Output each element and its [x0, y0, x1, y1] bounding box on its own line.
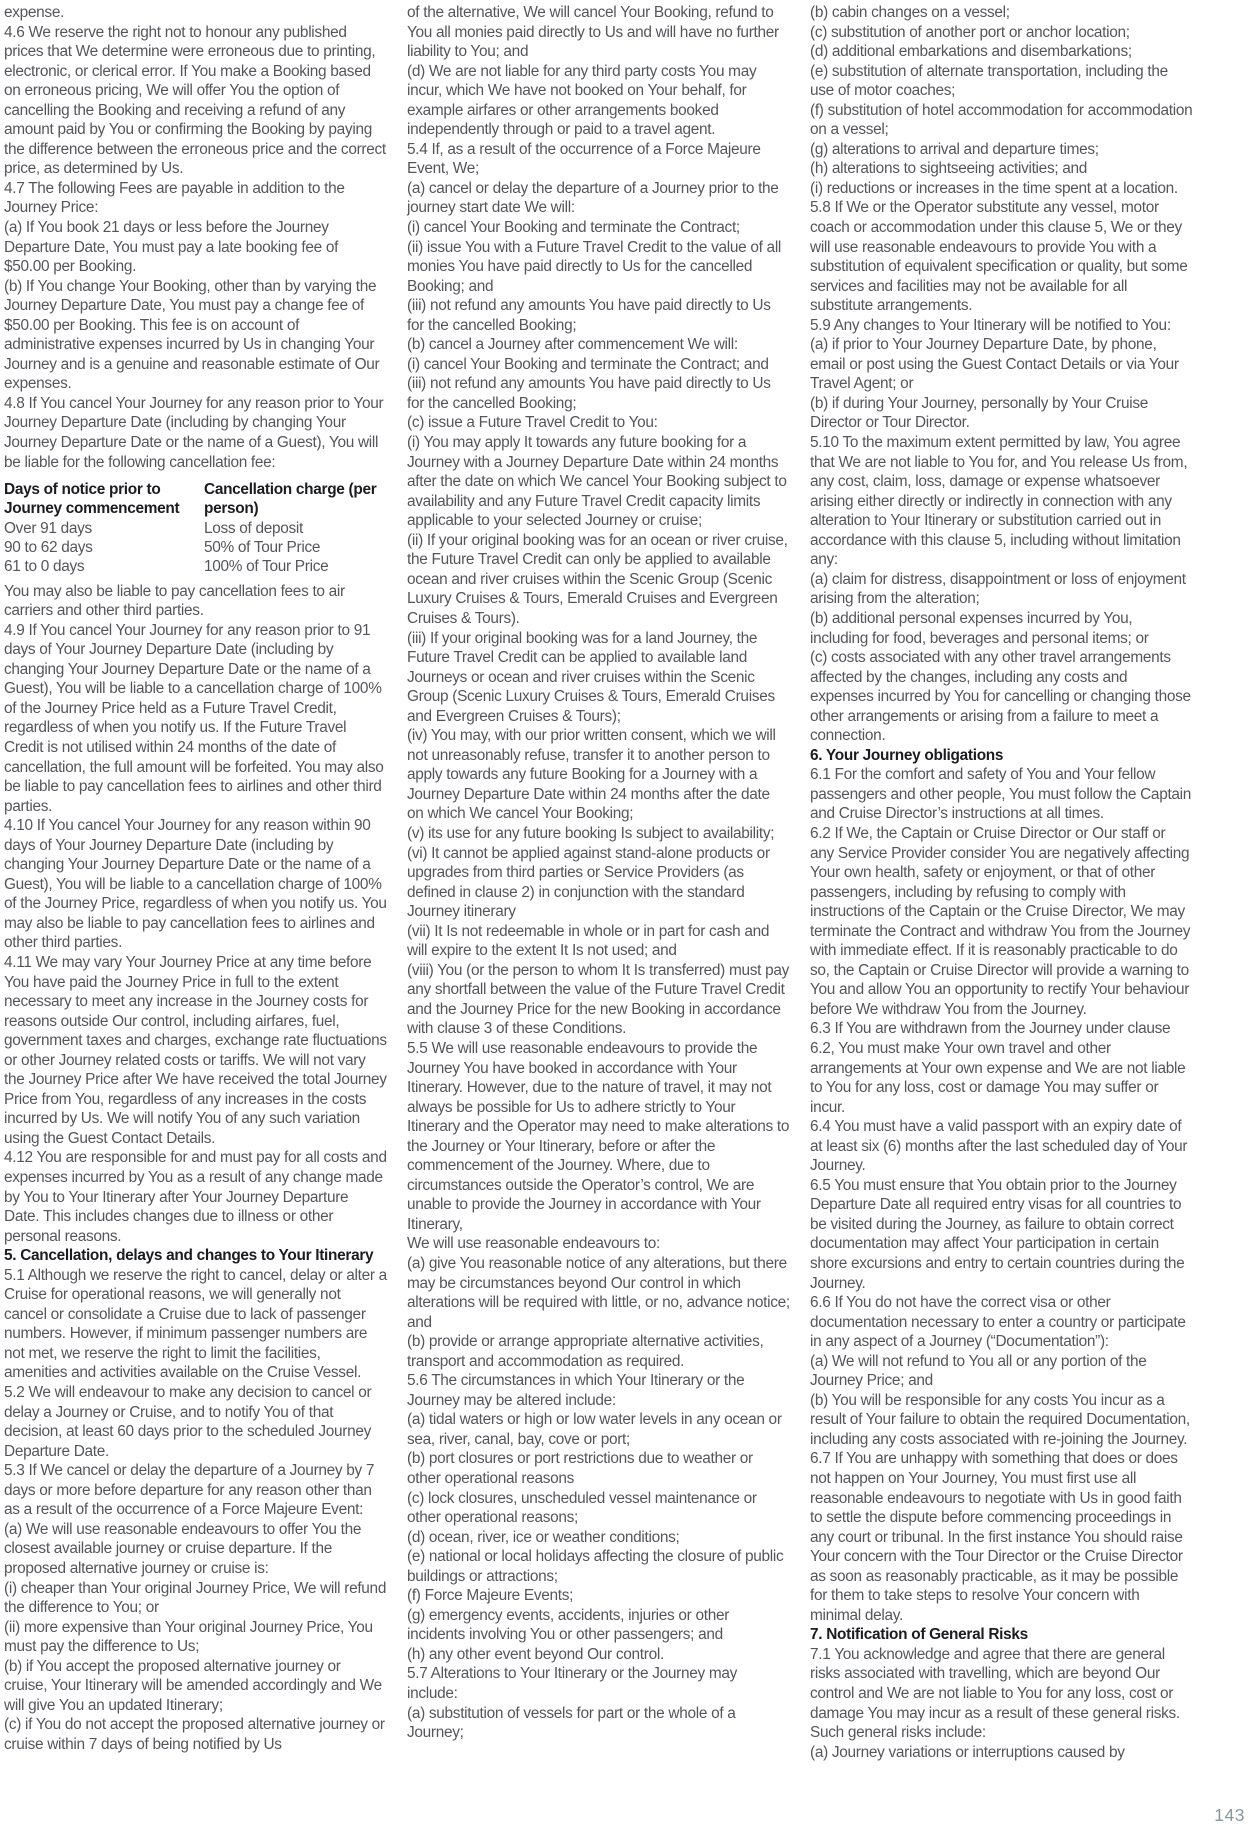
paragraph: (f) substitution of hotel accommodation … — [810, 101, 1193, 140]
table-cell: 61 to 0 days — [4, 557, 204, 576]
paragraph: (b) additional personal expenses incurre… — [810, 609, 1193, 648]
paragraph: (a) We will not refund to You all or any… — [810, 1352, 1193, 1391]
paragraph: (c) issue a Future Travel Credit to You: — [407, 413, 790, 433]
paragraph: 5.5 We will use reasonable endeavours to… — [407, 1039, 790, 1234]
paragraph: (b) provide or arrange appropriate alter… — [407, 1332, 790, 1371]
paragraph: (a) tidal waters or high or low water le… — [407, 1410, 790, 1449]
paragraph: (i) cancel Your Booking and terminate th… — [407, 355, 790, 375]
paragraph: 5.10 To the maximum extent permitted by … — [810, 433, 1193, 570]
paragraph: (c) lock closures, unscheduled vessel ma… — [407, 1489, 790, 1528]
paragraph: (a) claim for distress, disappointment o… — [810, 570, 1193, 609]
table-row: 90 to 62 days50% of Tour Price — [4, 538, 387, 557]
paragraph: (b) if during Your Journey, personally b… — [810, 394, 1193, 433]
paragraph: (a) give You reasonable notice of any al… — [407, 1254, 790, 1332]
paragraph: 4.9 If You cancel Your Journey for any r… — [4, 621, 387, 816]
paragraph: 5.4 If, as a result of the occurrence of… — [407, 140, 790, 179]
paragraph: (g) emergency events, accidents, injurie… — [407, 1606, 790, 1645]
paragraph: (e) substitution of alternate transporta… — [810, 62, 1193, 101]
paragraph: 4.7 The following Fees are payable in ad… — [4, 179, 387, 218]
table-header-cell: Cancellation charge (per person) — [204, 480, 387, 519]
paragraph: 5.8 If We or the Operator substitute any… — [810, 198, 1193, 315]
table-cell: 90 to 62 days — [4, 538, 204, 557]
paragraph: (a) If You book 21 days or less before t… — [4, 218, 387, 277]
table-cell: Over 91 days — [4, 519, 204, 538]
paragraph: (b) cancel a Journey after commencement … — [407, 335, 790, 355]
paragraph: (f) Force Majeure Events; — [407, 1586, 790, 1606]
paragraph: (e) national or local holidays affecting… — [407, 1547, 790, 1586]
column-2: of the alternative, We will cancel Your … — [407, 3, 790, 1743]
paragraph: (vi) It cannot be applied against stand-… — [407, 844, 790, 922]
paragraph: (g) alterations to arrival and departure… — [810, 140, 1193, 160]
paragraph: (a) if prior to Your Journey Departure D… — [810, 335, 1193, 394]
paragraph: (i) cheaper than Your original Journey P… — [4, 1579, 387, 1618]
table-cell: 100% of Tour Price — [204, 557, 387, 576]
paragraph: 6.7 If You are unhappy with something th… — [810, 1449, 1193, 1625]
paragraph: (b) port closures or port restrictions d… — [407, 1449, 790, 1488]
paragraph: (iii) not refund any amounts You have pa… — [407, 296, 790, 335]
paragraph: (i) reductions or increases in the time … — [810, 179, 1193, 199]
table-header-row: Days of notice prior to Journey commence… — [4, 480, 387, 519]
paragraph: (iii) not refund any amounts You have pa… — [407, 374, 790, 413]
table-cell: 50% of Tour Price — [204, 538, 387, 557]
paragraph: (viii) You (or the person to whom It Is … — [407, 961, 790, 1039]
paragraph: (ii) more expensive than Your original J… — [4, 1618, 387, 1657]
paragraph: (c) substitution of another port or anch… — [810, 23, 1193, 43]
column-3: (b) cabin changes on a vessel;(c) substi… — [810, 3, 1193, 1762]
paragraph: 6.3 If You are withdrawn from the Journe… — [810, 1019, 1193, 1117]
paragraph: 4.10 If You cancel Your Journey for any … — [4, 816, 387, 953]
paragraph: 6.4 You must have a valid passport with … — [810, 1117, 1193, 1176]
paragraph: 5.7 Alterations to Your Itinerary or the… — [407, 1664, 790, 1703]
paragraph: (c) costs associated with any other trav… — [810, 648, 1193, 746]
paragraph: 4.8 If You cancel Your Journey for any r… — [4, 394, 387, 472]
paragraph: (ii) If your original booking was for an… — [407, 531, 790, 629]
paragraph: (b) cabin changes on a vessel; — [810, 3, 1193, 23]
paragraph: 4.12 You are responsible for and must pa… — [4, 1148, 387, 1246]
paragraph: (a) We will use reasonable endeavours to… — [4, 1520, 387, 1579]
paragraph: 6.5 You must ensure that You obtain prio… — [810, 1176, 1193, 1293]
paragraph: We will use reasonable endeavours to: — [407, 1234, 790, 1254]
column-1: expense.4.6 We reserve the right not to … — [4, 3, 387, 1754]
table-header-cell: Days of notice prior to Journey commence… — [4, 480, 204, 519]
paragraph: (h) alterations to sightseeing activitie… — [810, 159, 1193, 179]
paragraph: 4.6 We reserve the right not to honour a… — [4, 23, 387, 179]
paragraph: 5.3 If We cancel or delay the departure … — [4, 1461, 387, 1520]
paragraph: (c) if You do not accept the proposed al… — [4, 1715, 387, 1754]
paragraph: (a) Journey variations or interruptions … — [810, 1743, 1193, 1763]
paragraph: You may also be liable to pay cancellati… — [4, 582, 387, 621]
paragraph: (v) its use for any future booking Is su… — [407, 824, 790, 844]
paragraph: (b) If You change Your Booking, other th… — [4, 277, 387, 394]
paragraph: (ii) issue You with a Future Travel Cred… — [407, 238, 790, 297]
paragraph: (vii) It Is not redeemable in whole or i… — [407, 922, 790, 961]
paragraph: (a) substitution of vessels for part or … — [407, 1704, 790, 1743]
paragraph: 4.11 We may vary Your Journey Price at a… — [4, 953, 387, 1148]
paragraph: 5.6 The circumstances in which Your Itin… — [407, 1371, 790, 1410]
table-row: Over 91 daysLoss of deposit — [4, 519, 387, 538]
section-heading: 5. Cancellation, delays and changes to Y… — [4, 1246, 387, 1266]
paragraph: 5.9 Any changes to Your Itinerary will b… — [810, 316, 1193, 336]
paragraph: (h) any other event beyond Our control. — [407, 1645, 790, 1665]
paragraph: (d) additional embarkations and disembar… — [810, 42, 1193, 62]
paragraph: (d) We are not liable for any third part… — [407, 62, 790, 140]
paragraph: (d) ocean, river, ice or weather conditi… — [407, 1528, 790, 1548]
paragraph: (i) cancel Your Booking and terminate th… — [407, 218, 790, 238]
paragraph: 5.2 We will endeavour to make any decisi… — [4, 1383, 387, 1461]
paragraph: (b) You will be responsible for any cost… — [810, 1391, 1193, 1450]
paragraph: 5.1 Although we reserve the right to can… — [4, 1266, 387, 1383]
table-cell: Loss of deposit — [204, 519, 387, 538]
paragraph: (b) if You accept the proposed alternati… — [4, 1657, 387, 1716]
section-heading: 7. Notification of General Risks — [810, 1625, 1193, 1645]
paragraph: expense. — [4, 3, 387, 23]
paragraph: 6.6 If You do not have the correct visa … — [810, 1293, 1193, 1352]
paragraph: of the alternative, We will cancel Your … — [407, 3, 790, 62]
paragraph: 7.1 You acknowledge and agree that there… — [810, 1645, 1193, 1743]
paragraph: 6.1 For the comfort and safety of You an… — [810, 765, 1193, 824]
paragraph: (iv) You may, with our prior written con… — [407, 726, 790, 824]
paragraph: (i) You may apply It towards any future … — [407, 433, 790, 531]
paragraph: 6.2 If We, the Captain or Cruise Directo… — [810, 824, 1193, 1019]
section-heading: 6. Your Journey obligations — [810, 746, 1193, 766]
paragraph: (iii) If your original booking was for a… — [407, 629, 790, 727]
table-row: 61 to 0 days100% of Tour Price — [4, 557, 387, 576]
page-number: 143 — [1214, 1805, 1245, 1826]
cancellation-fee-table: Days of notice prior to Journey commence… — [4, 480, 387, 576]
paragraph: (a) cancel or delay the departure of a J… — [407, 179, 790, 218]
